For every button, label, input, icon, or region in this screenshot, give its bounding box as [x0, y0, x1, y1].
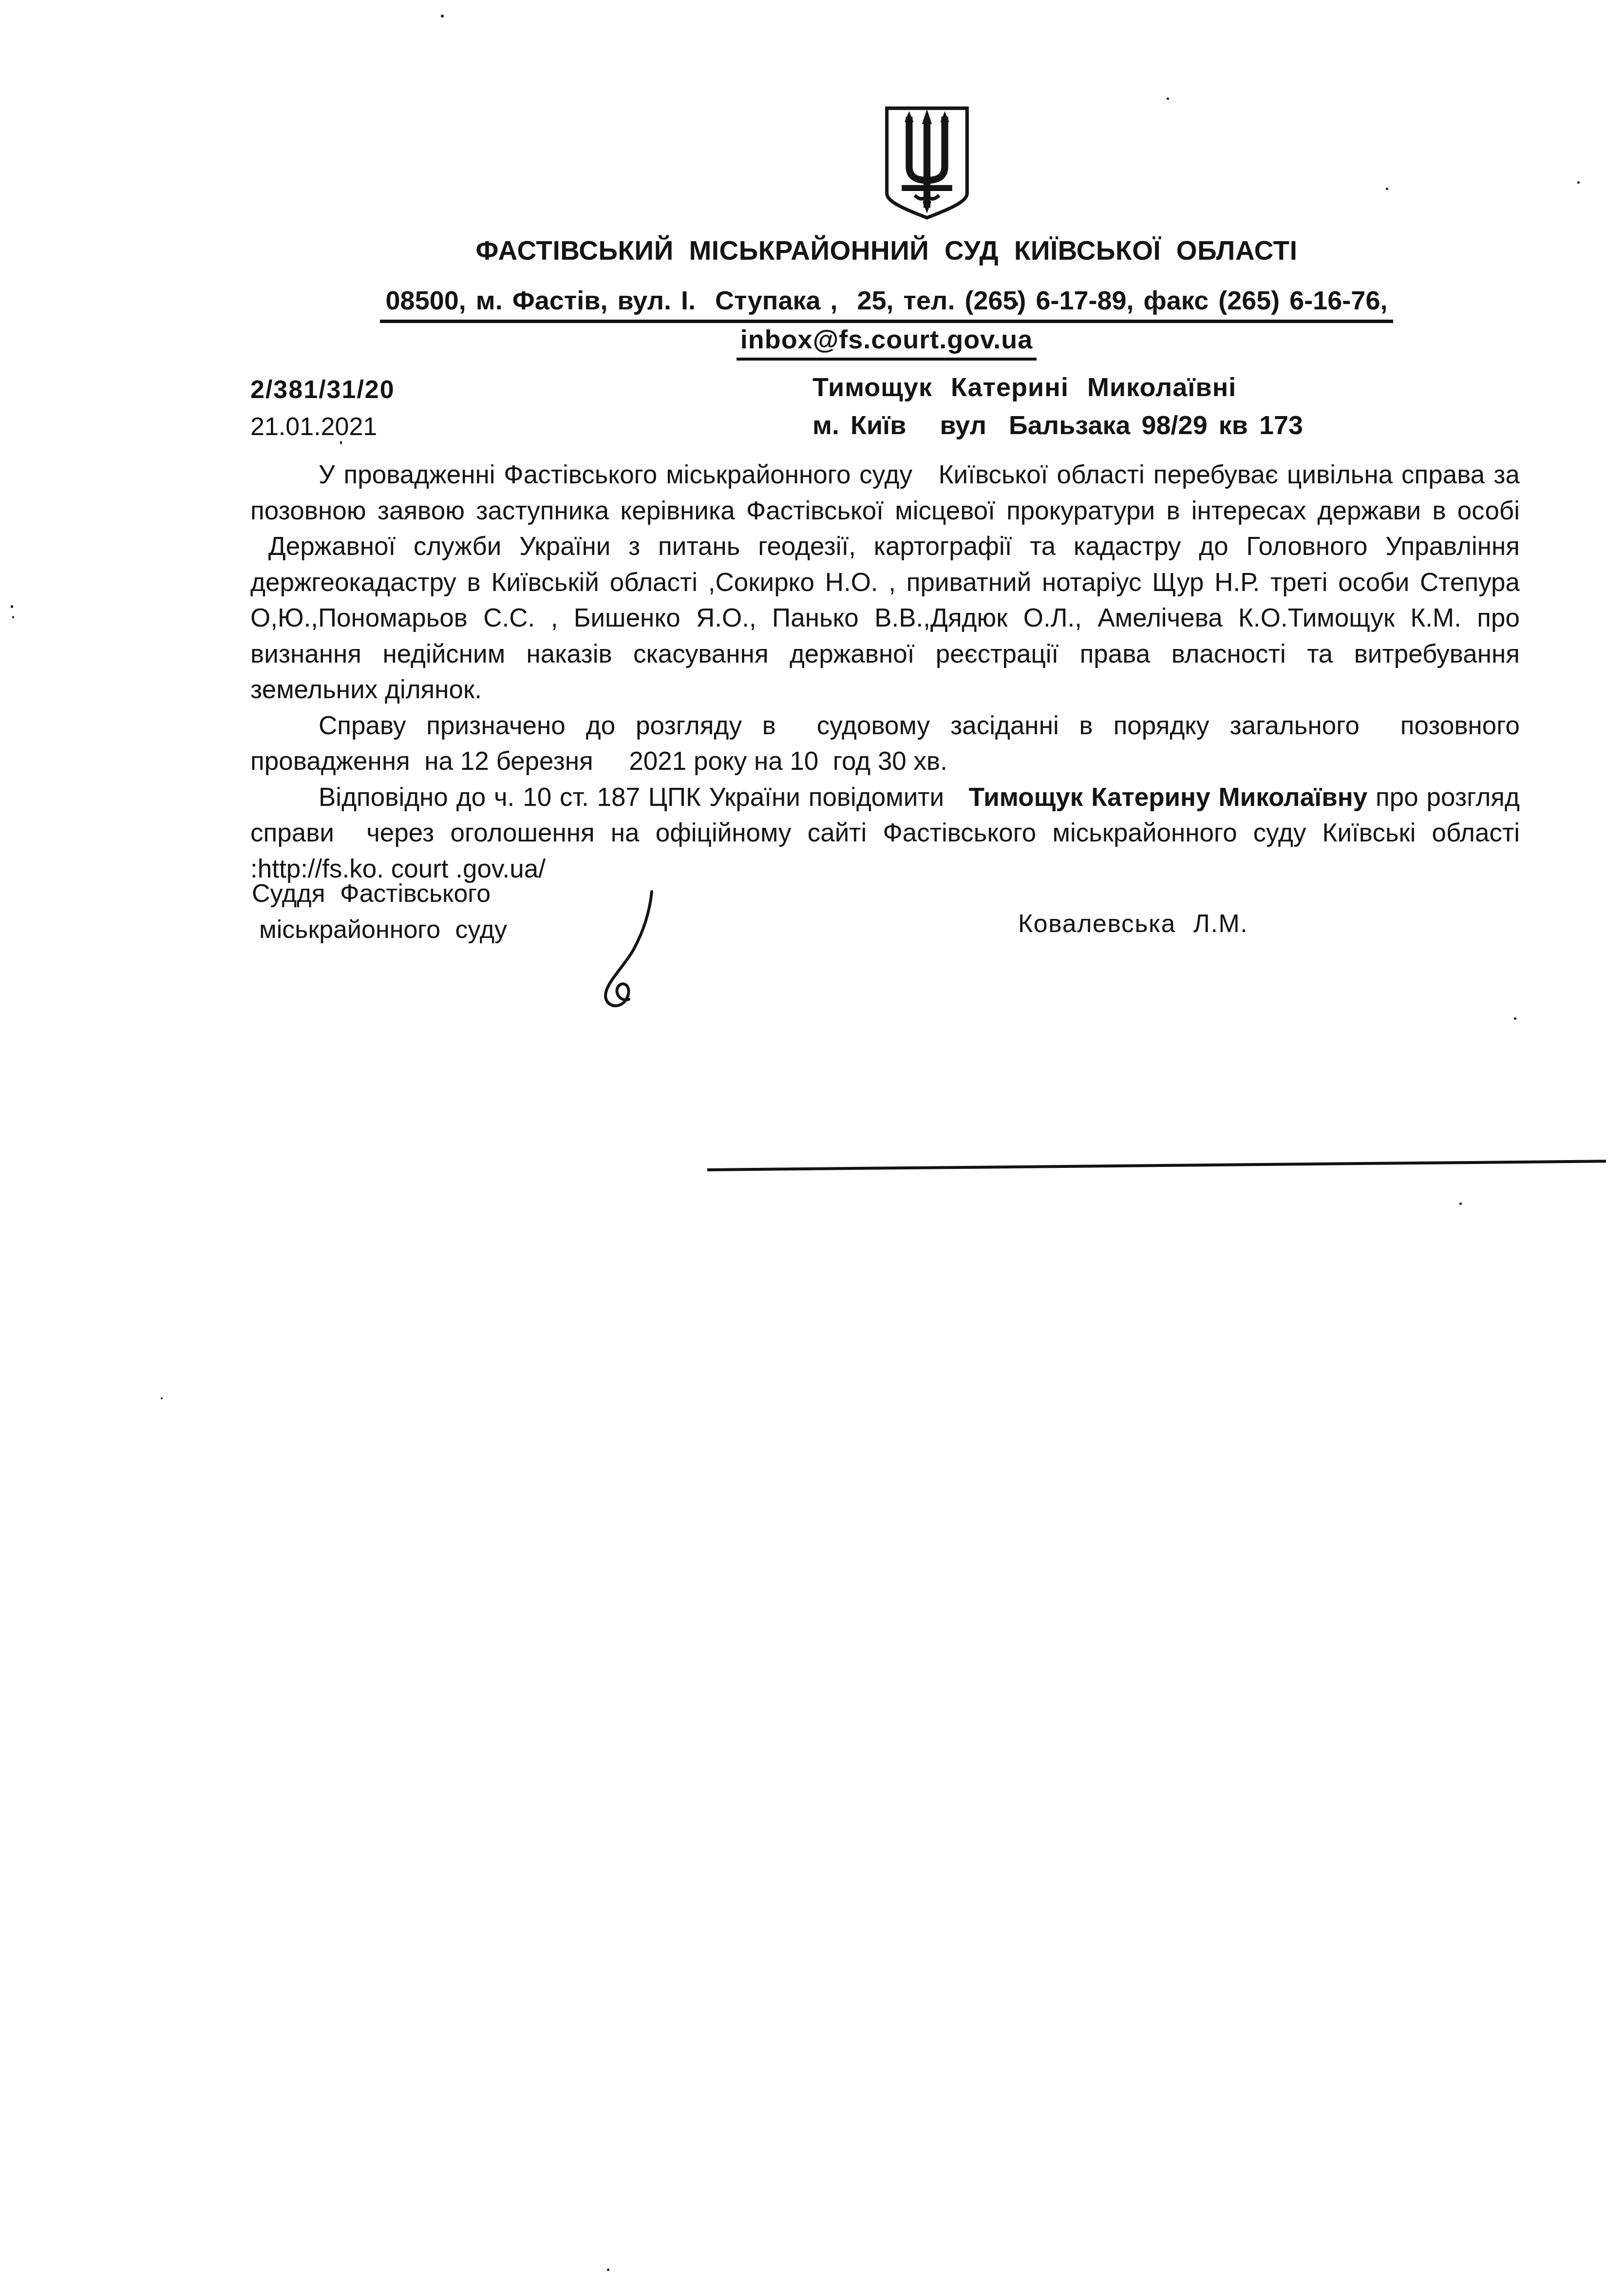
scan-speck: [607, 2269, 609, 2271]
scan-speck: [1577, 181, 1580, 184]
scan-speck: [1167, 97, 1169, 100]
signature-icon: [575, 883, 692, 1014]
scan-speck: [441, 15, 444, 18]
coat-of-arms-icon: [880, 103, 974, 222]
letter-body: У провадженні Фастівського міськрайонног…: [250, 457, 1520, 887]
scan-speck: [340, 441, 342, 444]
scan-speck: [1514, 1017, 1516, 1020]
document-page: ФАСТІВСЬКИЙ МІСЬКРАЙОННИЙ СУД КИЇВСЬКОЇ …: [0, 0, 1624, 2289]
scan-speck: [161, 1397, 163, 1399]
case-number: 2/381/31/20: [250, 375, 395, 404]
body-paragraph-3-lead: Відповідно до ч. 10 ст. 187 ЦПК України …: [319, 783, 969, 812]
judge-title-line2: міськрайонного суду: [259, 915, 507, 944]
scan-speck: [11, 605, 13, 608]
addressee-name: Тимощук Катерині Миколаївні: [812, 372, 1236, 402]
judge-title-line1: Суддя Фастівського: [252, 879, 491, 908]
court-name-title: ФАСТІВСЬКИЙ МІСЬКРАЙОННИЙ СУД КИЇВСЬКОЇ …: [229, 235, 1544, 266]
separator-line: [707, 1160, 1606, 1171]
scan-speck: [1016, 302, 1018, 306]
scan-speck: [1459, 1202, 1462, 1205]
court-email-row: inbox@fs.court.gov.ua: [229, 324, 1544, 361]
body-paragraph-2: Справу призначено до розгляду в судовому…: [250, 708, 1520, 780]
body-paragraph-1: У провадженні Фастівського міськрайонног…: [250, 457, 1520, 708]
addressee-address: м. Київ вул Бальзака 98/29 кв 173: [812, 410, 1303, 440]
court-email: inbox@fs.court.gov.ua: [736, 324, 1037, 361]
body-paragraph-3: Відповідно до ч. 10 ст. 187 ЦПК України …: [250, 780, 1520, 887]
court-address: 08500, м. Фастів, вул. І. Ступака , 25, …: [380, 286, 1394, 323]
notified-person-name: Тимощук Катерину Миколаївну: [969, 783, 1367, 812]
scan-speck: [12, 616, 14, 618]
court-address-row: 08500, м. Фастів, вул. І. Ступака , 25, …: [229, 286, 1544, 323]
document-date: 21.01.2021: [250, 412, 377, 441]
scan-speck: [1386, 188, 1388, 190]
judge-name: Ковалевська Л.М.: [1018, 909, 1248, 938]
